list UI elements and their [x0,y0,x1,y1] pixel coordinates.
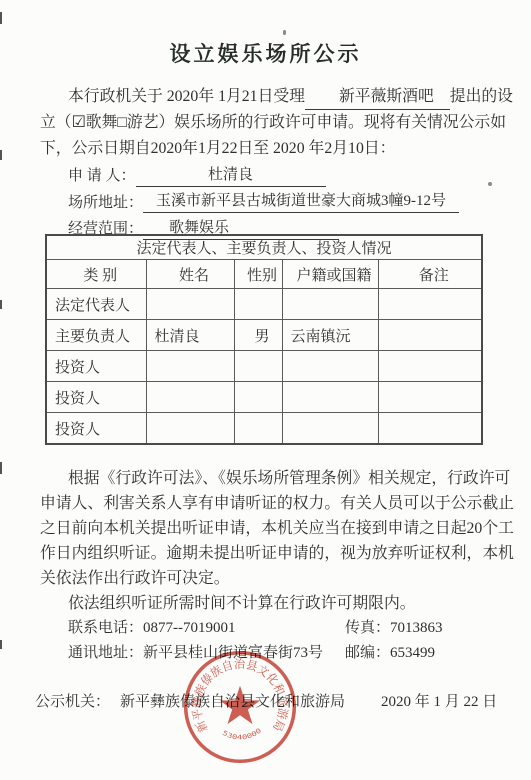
intro-paragraph: 本行政机关于 2020年 1月21日受理新平薇斯酒吧提出的设 立（☑歌舞□游艺）… [40,84,510,162]
phone-label: 联系电话： [68,620,143,636]
applicant-field: 申 请 人：杜清良 [68,163,459,190]
representatives-table: 法定代表人、主要负责人、投资人情况 类 别 姓名 性别 户籍或国籍 备注 法定代… [45,234,483,445]
cell-category: 投资人 [46,413,146,445]
cell-note [378,382,482,413]
col-header-gender: 性别 [234,260,282,289]
table-row: 投资人 [46,382,482,413]
venue-address-value: 玉溪市新平县古城街道世豪大商城3幢9-12号 [143,190,459,213]
applicant-label: 申 请 人： [68,163,136,190]
scan-speck [283,30,286,35]
cell-origin: 云南镇沅 [282,320,378,351]
cell-gender [234,351,282,382]
fax-group: 传真：7013863 [345,616,443,641]
legal-line: 作日内组织听证。逾期未提出听证申请的，视为放弃听证权利，本机 [40,541,520,566]
col-header-origin: 户籍或国籍 [282,260,378,289]
fax-label: 传真： [345,620,390,636]
legal-line: 申请人、利害关系人享有申请听证的权力。有关人员可以于公示截止 [40,491,520,516]
cell-origin [282,413,378,445]
cell-name [146,351,234,382]
cell-gender [234,289,282,320]
cell-gender [234,382,282,413]
col-header-name: 姓名 [146,260,234,289]
postcode-label: 邮编： [345,645,390,661]
table-title: 法定代表人、主要负责人、投资人情况 [46,235,482,260]
cell-name [146,289,234,320]
table-header-row: 类 别 姓名 性别 户籍或国籍 备注 [46,260,482,289]
agency-label: 公示机关： [35,694,110,710]
intro-line-1-suffix: 提出的设 [450,88,513,105]
application-fields: 申 请 人：杜清良 场所地址：玉溪市新平县古城街道世豪大商城3幢9-12号 经营… [68,163,459,243]
col-header-category: 类 别 [46,260,146,289]
scan-edge-artifact [0,150,2,160]
cell-note [378,351,482,382]
venue-address-label: 场所地址： [68,190,143,217]
cell-note [378,289,482,320]
cell-origin [282,351,378,382]
scan-edge-artifact [0,640,2,649]
cell-note [378,413,482,445]
intro-line-2: 立（☑歌舞□游艺）娱乐场所的行政许可申请。现将有关情况公示如 [40,110,510,136]
legal-paragraph: 根据《行政许可法》、《娱乐场所管理条例》相关规定，行政许可 申请人、利害关系人享… [40,466,520,616]
address-postcode-line: 通讯地址：新平县桂山街道富春街73号 邮编：653499 [68,641,508,666]
scan-edge-artifact [0,12,2,24]
cell-gender: 男 [234,320,282,351]
table-row: 投资人 [46,413,482,445]
table-row: 法定代表人 [46,289,482,320]
scanned-notice-page: 设立娱乐场所公示 本行政机关于 2020年 1月21日受理新平薇斯酒吧提出的设 … [0,0,531,780]
legal-line: 之日前向本机关提出听证申请，本机关应当在接到申请之日起20个工 [40,516,520,541]
mailing-address-label: 通讯地址： [68,645,143,661]
contact-block: 联系电话：0877--7019001 传真：7013863 通讯地址：新平县桂山… [68,616,508,666]
phone-value: 0877--7019001 [143,620,236,636]
cell-name: 杜清良 [146,320,234,351]
cell-origin [282,382,378,413]
cell-category: 法定代表人 [46,289,146,320]
table-title-row: 法定代表人、主要负责人、投资人情况 [46,235,482,260]
cell-category: 投资人 [46,351,146,382]
fax-value: 7013863 [390,620,443,636]
cell-category: 主要负责人 [46,320,146,351]
phone-fax-line: 联系电话：0877--7019001 传真：7013863 [68,616,508,641]
legal-line: 根据《行政许可法》、《娱乐场所管理条例》相关规定，行政许可 [40,466,520,491]
applicant-value: 杜清良 [136,164,326,187]
hearing-note-line: 依法组织听证所需时间不计算在行政许可期限内。 [40,591,520,616]
col-header-note: 备注 [378,260,482,289]
cell-name [146,413,234,445]
cell-gender [234,413,282,445]
scan-edge-artifact [0,300,2,309]
table-row: 投资人 [46,351,482,382]
intro-line-3: 下，公示日期自2020年1月22日至 2020 年2月10日： [40,136,510,162]
agency-name: 新平彝族傣族自治县文化和旅游局 [120,694,345,710]
cell-note [378,320,482,351]
venue-address-field: 场所地址：玉溪市新平县古城街道世豪大商城3幢9-12号 [68,190,459,217]
cell-origin [282,289,378,320]
cell-name [146,382,234,413]
table-row: 主要负责人 杜清良 男 云南镇沅 [46,320,482,351]
page-title: 设立娱乐场所公示 [0,38,531,68]
intro-line-1-prefix: 本行政机关于 2020年 1月21日受理 [68,88,305,105]
legal-line: 关依法作出行政许可决定。 [40,566,520,591]
postcode-value: 653499 [390,645,435,661]
mailing-address-value: 新平县桂山街道富春街73号 [143,645,323,661]
intro-line-1: 本行政机关于 2020年 1月21日受理新平薇斯酒吧提出的设 [40,84,510,110]
issue-date: 2020 年 1 月 22 日 [381,694,497,710]
scan-edge-artifact [0,462,2,474]
postcode-group: 邮编：653499 [345,641,435,666]
scan-speck [488,182,492,186]
cell-category: 投资人 [46,382,146,413]
business-name-underlined: 新平薇斯酒吧 [305,86,450,110]
issuing-agency-line: 公示机关：新平彝族傣族自治县文化和旅游局2020 年 1 月 22 日 [35,690,515,715]
